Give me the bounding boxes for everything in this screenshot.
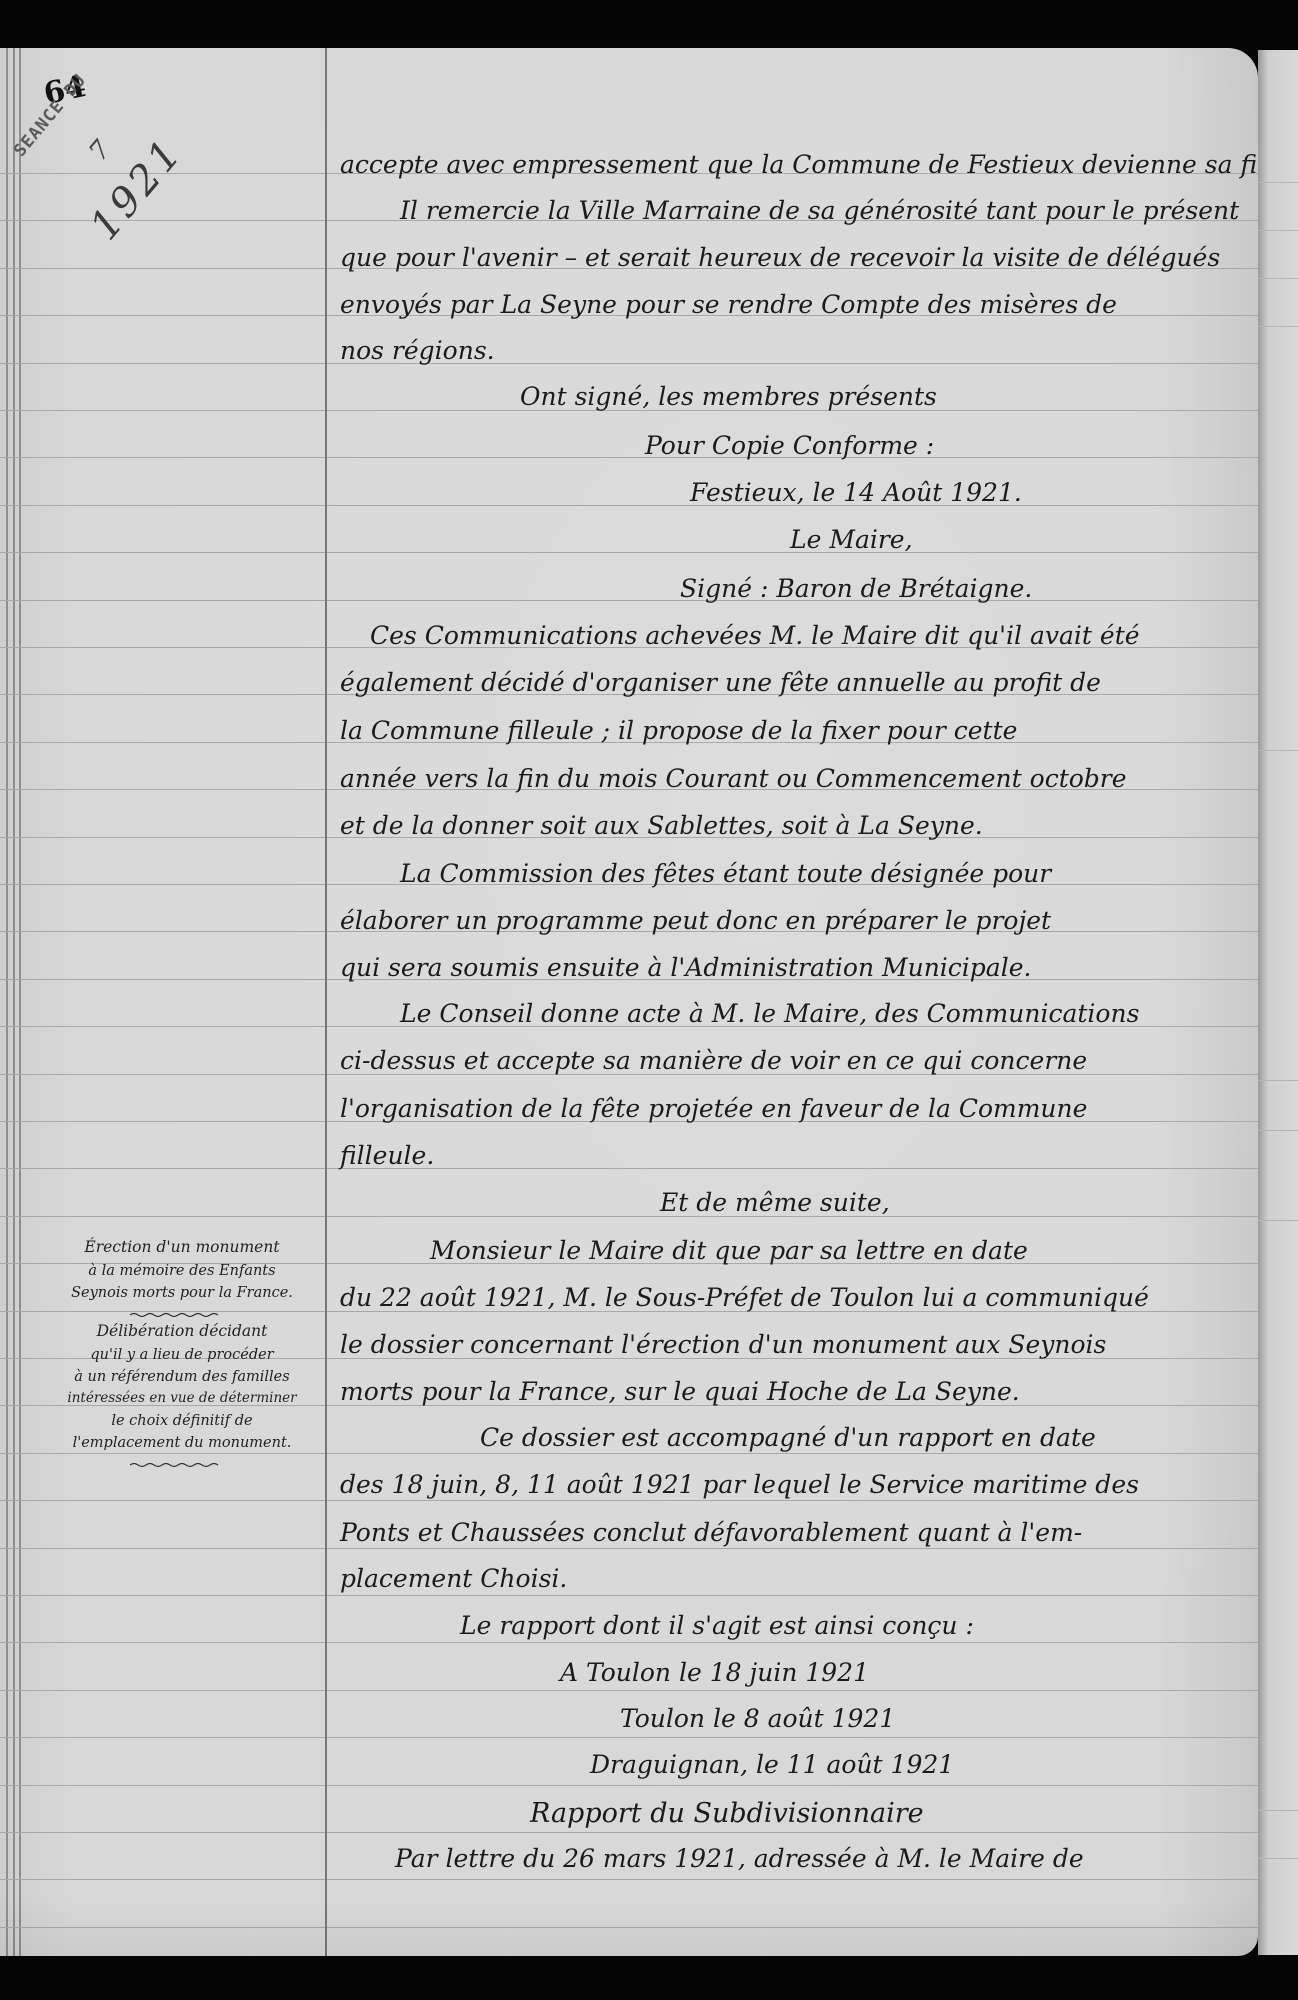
- margin-rule: [325, 48, 327, 1956]
- body-line: La Commission des fêtes étant toute dési…: [400, 861, 1051, 886]
- margin-note-title-line: Érection d'un monument: [42, 1240, 322, 1256]
- body-line: élaborer un programme peut donc en prépa…: [340, 908, 1051, 933]
- body-line: également décidé d'organiser une fête an…: [340, 670, 1101, 695]
- margin-note-deliberation-line: intéressées en vue de déterminer: [42, 1392, 322, 1406]
- body-line: Par lettre du 26 mars 1921, adressée à M…: [395, 1846, 1084, 1871]
- body-line: et de la donner soit aux Sablettes, soit…: [340, 813, 983, 838]
- margin-note-deliberation-line: Délibération décidant: [42, 1324, 322, 1340]
- body-line: le dossier concernant l'érection d'un mo…: [340, 1332, 1106, 1357]
- report-date-line: Draguignan, le 11 août 1921: [590, 1752, 954, 1777]
- squiggle-divider: [130, 1462, 220, 1468]
- body-line: des 18 juin, 8, 11 août 1921 par lequel …: [340, 1472, 1139, 1497]
- body-line: filleule.: [340, 1143, 434, 1168]
- body-line: envoyés par La Seyne pour se rendre Comp…: [340, 292, 1117, 317]
- body-line: que pour l'avenir – et serait heureux de…: [340, 245, 1220, 270]
- body-line: année vers la fin du mois Courant ou Com…: [340, 766, 1127, 791]
- margin-note-deliberation-line: l'emplacement du monument.: [42, 1436, 322, 1451]
- binding-edge: [13, 48, 15, 1956]
- squiggle-divider: [130, 1312, 220, 1318]
- binding-edge: [19, 48, 21, 1956]
- body-line: Ponts et Chaussées conclut défavorableme…: [340, 1520, 1082, 1545]
- body-line: morts pour la France, sur le quai Hoche …: [340, 1379, 1020, 1404]
- binding-edge: [6, 48, 8, 1956]
- body-line: du 22 août 1921, M. le Sous-Préfet de To…: [340, 1285, 1149, 1310]
- next-page-edge: [1258, 50, 1298, 1955]
- body-line: qui sera soumis ensuite à l'Administrati…: [340, 955, 1031, 980]
- body-line: Le rapport dont il s'agit est ainsi conç…: [460, 1613, 974, 1638]
- body-line: Ces Communications achevées M. le Maire …: [370, 623, 1140, 648]
- body-line: placement Choisi.: [340, 1566, 567, 1591]
- place-date-line: Festieux, le 14 Août 1921.: [690, 480, 1022, 505]
- body-line: Ce dossier est accompagné d'un rapport e…: [480, 1425, 1096, 1450]
- margin-note-title-line: Seynois morts pour la France.: [42, 1286, 322, 1301]
- page-shadow: [0, 1896, 1258, 1956]
- body-line: Monsieur le Maire dit que par sa lettre …: [430, 1238, 1028, 1263]
- ledger-page: 64 SEANCE DU SEPT 7 1921 Érection d'un m…: [0, 48, 1258, 1956]
- mayor-title-line: Le Maire,: [790, 527, 913, 552]
- body-line: accepte avec empressement que la Commune…: [340, 152, 1258, 177]
- body-line: Il remercie la Ville Marraine de sa géné…: [400, 198, 1239, 223]
- signed-by-line: Signé : Baron de Brétaigne.: [680, 576, 1032, 601]
- scanned-register-page: 64 SEANCE DU SEPT 7 1921 Érection d'un m…: [0, 0, 1298, 2000]
- margin-note-deliberation-line: à un référendum des familles: [42, 1370, 322, 1385]
- body-line: l'organisation de la fête projetée en fa…: [340, 1096, 1087, 1121]
- body-line: nos régions.: [340, 338, 495, 363]
- body-line: Le Conseil donne acte à M. le Maire, des…: [400, 1001, 1139, 1026]
- report-date-line: A Toulon le 18 juin 1921: [560, 1660, 869, 1685]
- report-heading: Rapport du Subdivisionnaire: [530, 1800, 924, 1827]
- stamp-day: 7: [83, 135, 117, 167]
- section-heading: Et de même suite,: [660, 1190, 890, 1215]
- signature-line: Ont signé, les membres présents: [520, 384, 937, 409]
- certified-copy-line: Pour Copie Conforme :: [645, 433, 934, 458]
- margin-note-title-line: à la mémoire des Enfants: [42, 1264, 322, 1279]
- margin-note-deliberation-line: le choix définitif de: [42, 1414, 322, 1429]
- body-line: ci-dessus et accepte sa manière de voir …: [340, 1048, 1087, 1073]
- report-date-line: Toulon le 8 août 1921: [620, 1706, 895, 1731]
- margin-note-deliberation-line: qu'il y a lieu de procéder: [42, 1348, 322, 1363]
- body-line: la Commune filleule ; il propose de la f…: [340, 718, 1017, 743]
